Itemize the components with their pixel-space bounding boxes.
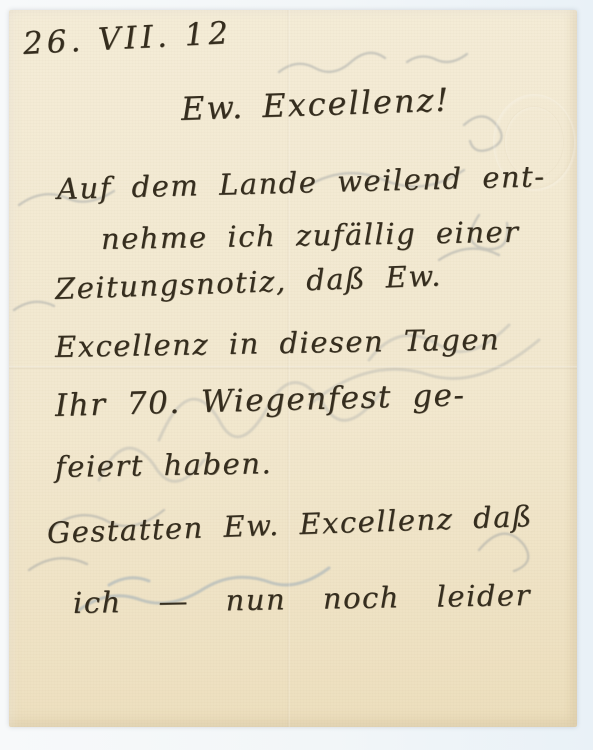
handwriting-line-3: Zeitungsnotiz, daß Ew. xyxy=(54,259,442,306)
handwriting-line-2: nehme ich zufällig einer xyxy=(101,215,520,256)
handwriting-line-8: ich — nun noch leider xyxy=(73,578,531,620)
fold-crease-horizontal xyxy=(9,366,577,369)
handwriting-line-6: feiert haben. xyxy=(55,446,273,484)
letter-page: 26. VII. 12 Ew. Excellenz! Auf dem Lande… xyxy=(9,10,577,727)
handwriting-line-5: Ihr 70. Wiegenfest ge- xyxy=(55,377,466,424)
scan-background: 26. VII. 12 Ew. Excellenz! Auf dem Lande… xyxy=(0,0,593,750)
date-line: 26. VII. 12 xyxy=(22,15,233,62)
handwriting-line-1: Auf dem Lande weilend ent- xyxy=(57,159,546,206)
salutation-line: Ew. Excellenz! xyxy=(180,81,450,128)
handwriting-line-4: Excellenz in diesen Tagen xyxy=(55,322,501,364)
